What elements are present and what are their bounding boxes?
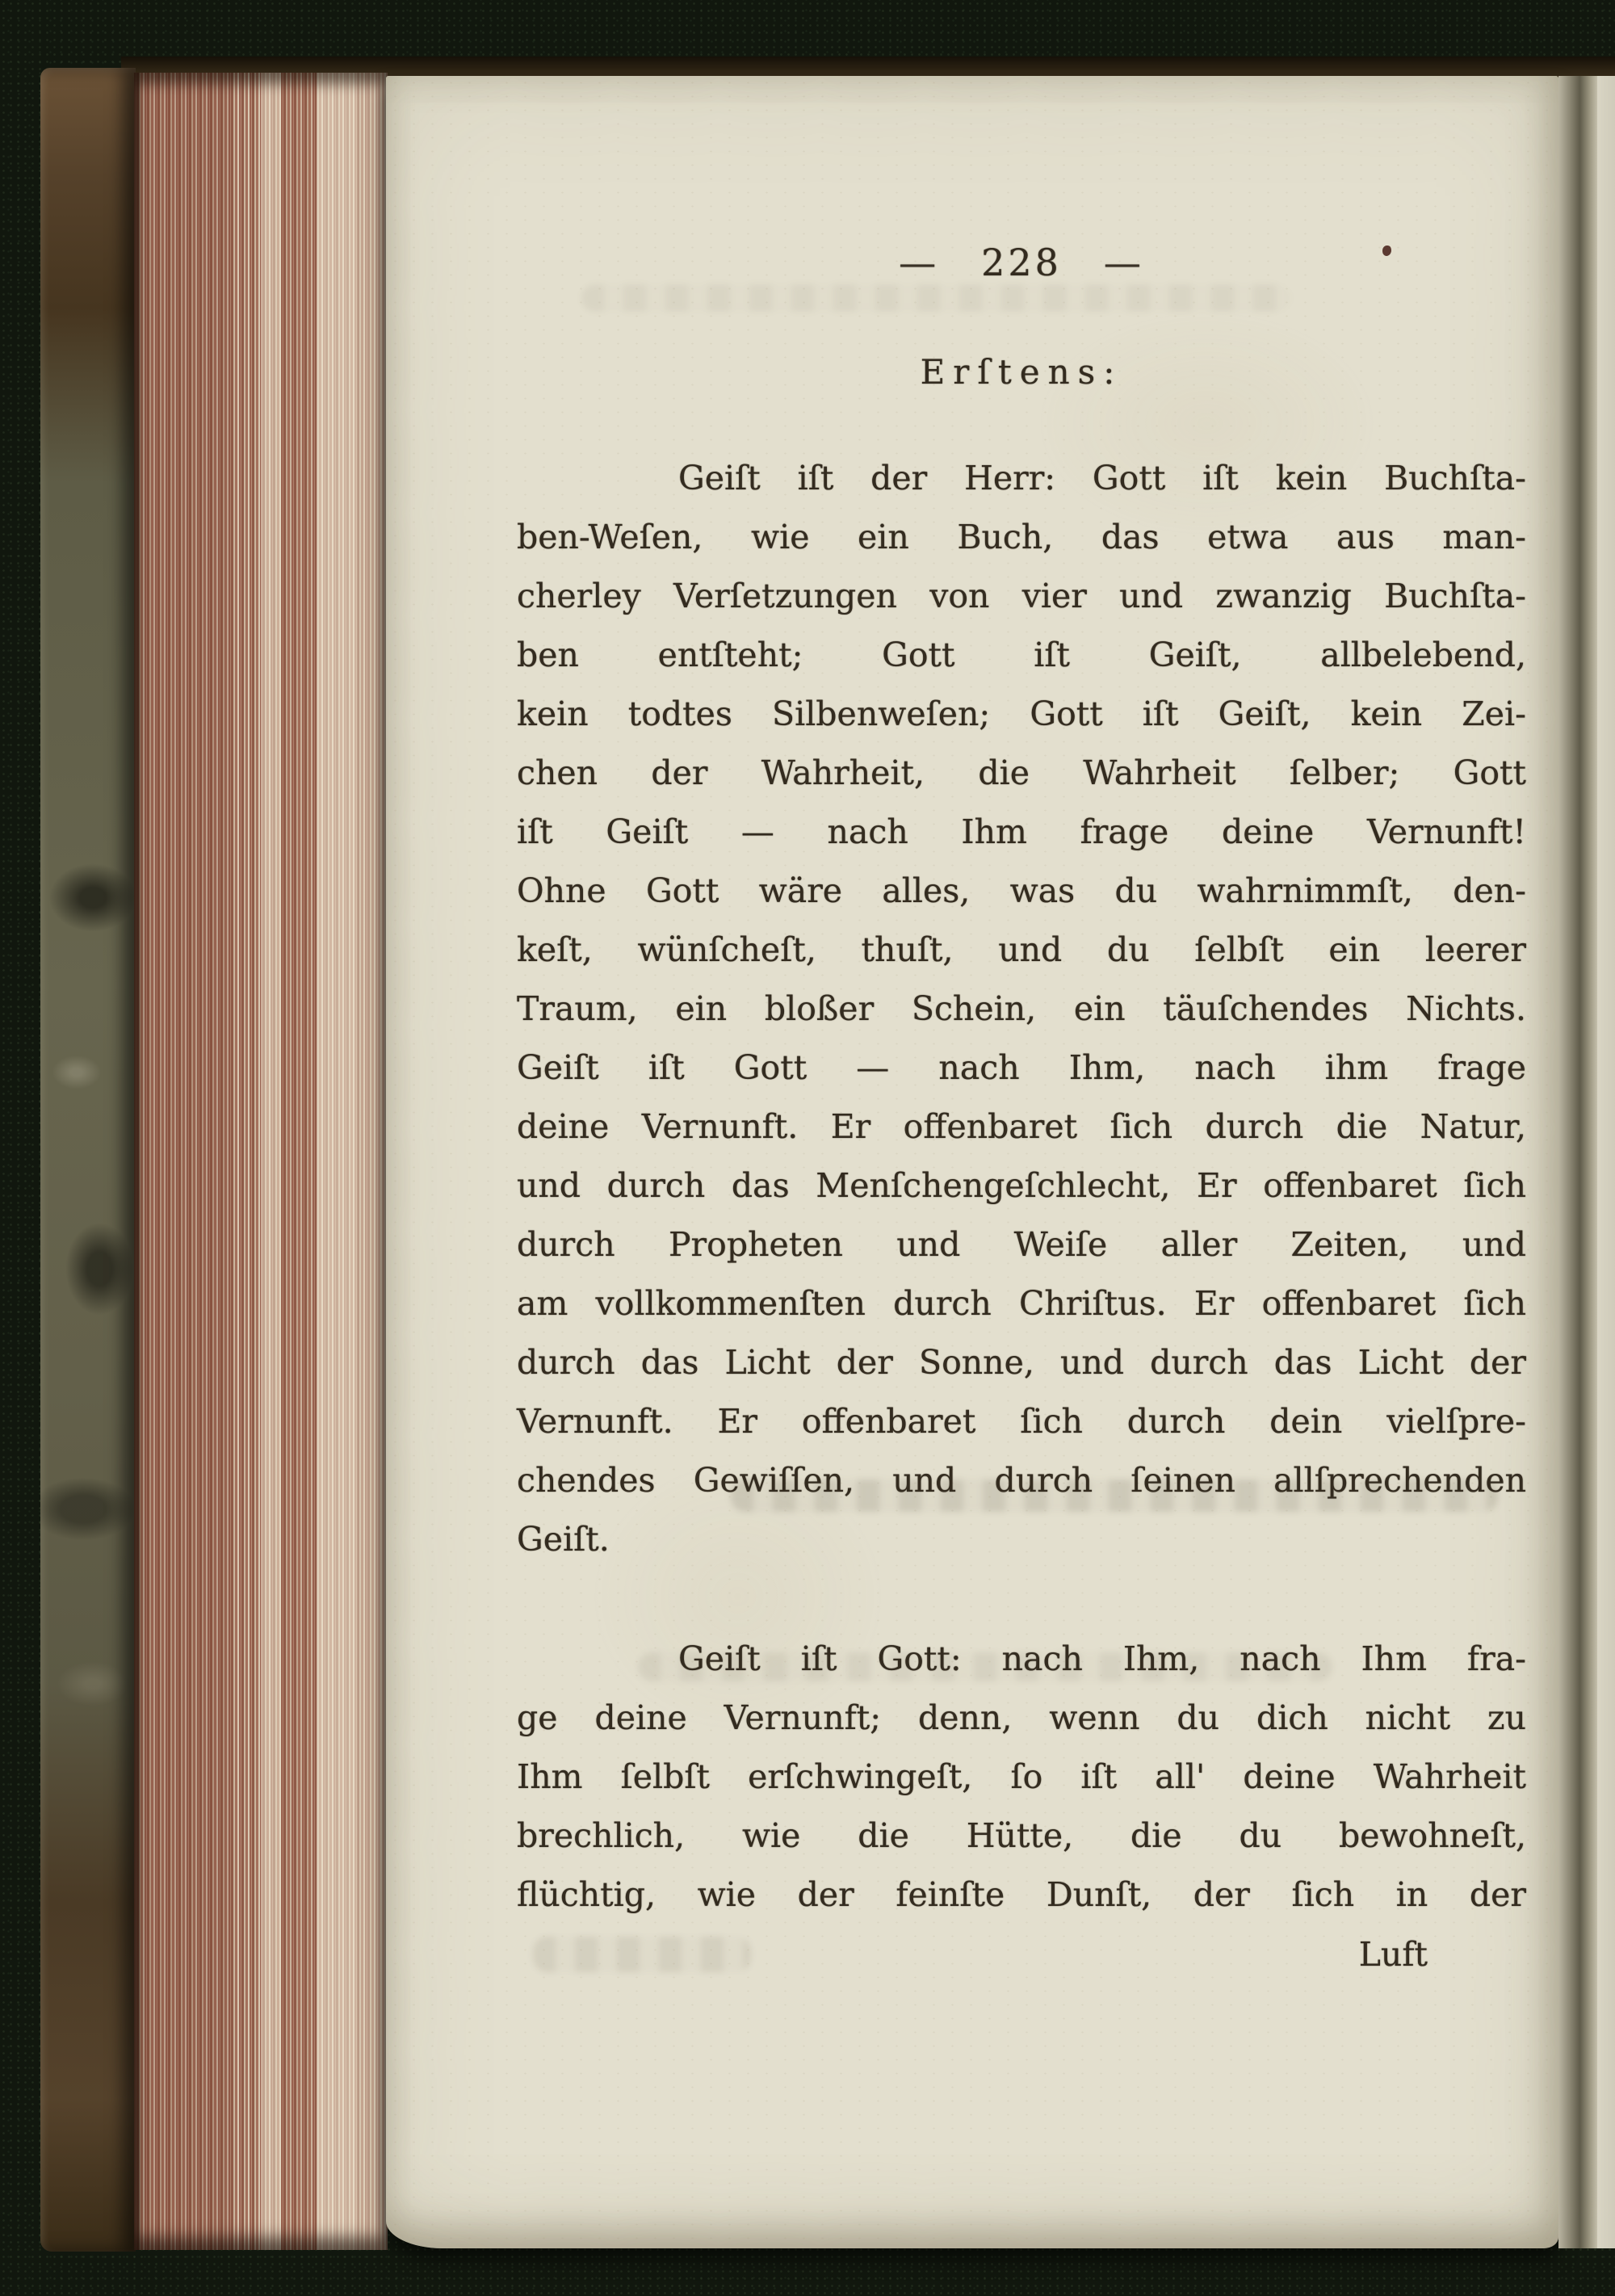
text-line: Ihm ſelbſt erſchwingeſt, ſo iſt all' dei… (517, 1748, 1526, 1807)
text-line: kein todtes Silbenweſen; Gott iſt Geiſt,… (517, 685, 1526, 744)
book-cover-spine (40, 68, 136, 2252)
text-line: Ohne Gott wäre alles, was du wahrnimmſt,… (517, 862, 1526, 921)
text-line: Geiſt iſt Gott — nach Ihm, nach ihm frag… (517, 1039, 1526, 1098)
text-line: durch das Licht der Sonne, und durch das… (517, 1333, 1526, 1392)
text-line: ge deine Vernunft; denn, wenn du dich ni… (517, 1689, 1526, 1748)
next-page-sliver (1597, 76, 1615, 2248)
page-header: —228— (517, 241, 1526, 284)
page-fore-edges (134, 73, 388, 2250)
paragraph-1: Geiſt iſt der Herr: Gott iſt kein Buchſt… (517, 449, 1526, 1569)
header-ornament-right: — (1104, 241, 1144, 284)
page-gutter-shadow (1558, 76, 1597, 2248)
catchword: Luft (517, 1925, 1428, 1984)
text-line: Geiſt iſt der Herr: Gott iſt kein Buchſt… (517, 449, 1526, 508)
book-scan: —228— Erſtens: Geiſt iſt der Herr: Gott … (0, 0, 1615, 2296)
text-line: Geiſt iſt Gott: nach Ihm, nach Ihm fra- (517, 1630, 1526, 1689)
text-line: iſt Geiſt — nach Ihm frage deine Vernunf… (517, 803, 1526, 862)
text-line: ben-Weſen, wie ein Buch, das etwa aus ma… (517, 508, 1526, 567)
text-line: flüchtig, wie der feinſte Dunſt, der ſic… (517, 1866, 1526, 1925)
text-line: chen der Wahrheit, die Wahrheit ſelber; … (517, 744, 1526, 803)
section-heading: Erſtens: (517, 352, 1526, 392)
text-line: Vernunft. Er offenbaret ſich durch dein … (517, 1392, 1526, 1451)
text-line: brechlich, wie die Hütte, die du bewohne… (517, 1807, 1526, 1866)
text-line: und durch das Menſchengeſchlecht, Er off… (517, 1156, 1526, 1215)
text-line: Traum, ein bloßer Schein, ein täuſchende… (517, 980, 1526, 1039)
text-line: keſt, wünſcheſt, thuſt, und du ſelbſt ei… (517, 921, 1526, 980)
bleed-through-smudge (581, 284, 1292, 312)
text-line: chendes Gewiſſen, und durch ſeinen allſp… (517, 1451, 1526, 1510)
text-line: ben entſteht; Gott iſt Geiſt, allbeleben… (517, 626, 1526, 685)
paragraph-2: Geiſt iſt Gott: nach Ihm, nach Ihm fra- … (517, 1630, 1526, 1925)
text-line: Geiſt. (517, 1510, 1526, 1569)
text-line: cherley Verſetzungen von vier und zwanzi… (517, 567, 1526, 626)
header-ornament-left: — (899, 241, 939, 284)
page-number: 228 (981, 241, 1062, 284)
text-line: durch Propheten und Weiſe aller Zeiten, … (517, 1215, 1526, 1274)
text-line: deine Vernunft. Er offenbaret ſich durch… (517, 1098, 1526, 1156)
text-line: am vollkommenſten durch Chriſtus. Er off… (517, 1274, 1526, 1333)
